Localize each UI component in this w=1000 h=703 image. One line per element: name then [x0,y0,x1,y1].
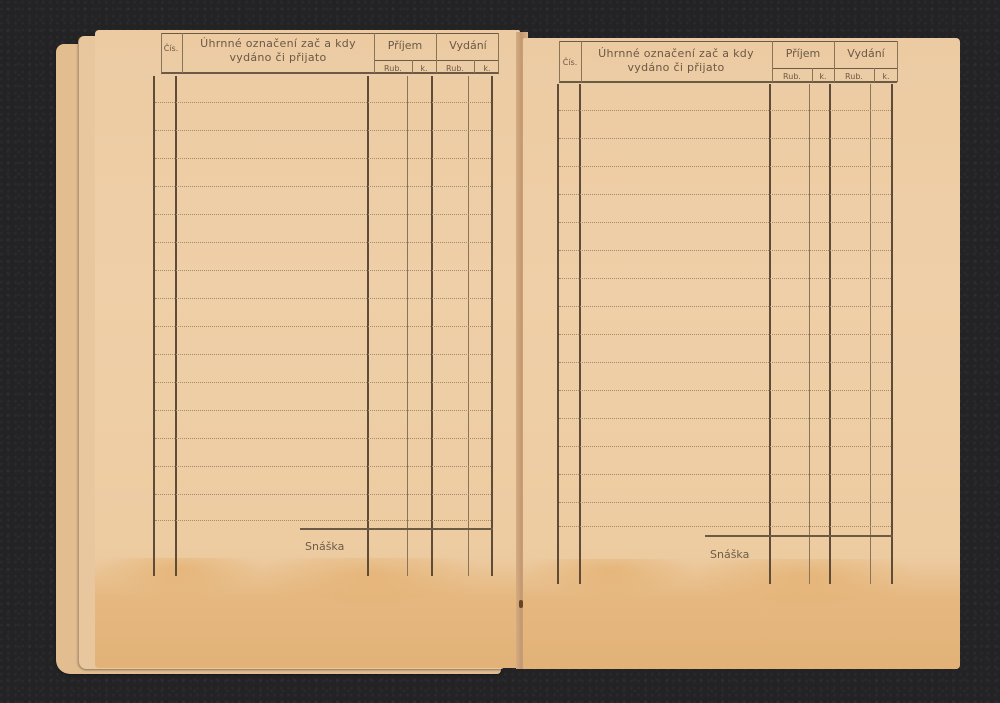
total-rule [300,528,493,530]
header-divider [182,33,183,73]
column-header-income-k: k. [413,62,435,75]
column-header-expense-rub: Rub. [437,62,473,75]
column-header-income-k: k. [813,70,833,83]
total-rule [705,535,893,537]
ledger-table-left: Čís. Úhrnné označení zač a kdy vydáno či… [95,30,520,668]
header-divider [897,41,898,82]
column-header-expense-k: k. [475,62,499,75]
header-divider [474,60,475,73]
column-header-expense: Vydání [437,39,499,52]
column-header-description-line2: vydáno či přijato [581,61,771,74]
column-header-income: Příjem [773,47,833,60]
column-header-income: Příjem [375,39,435,52]
column-header-expense: Vydání [835,47,897,60]
header-divider [161,33,162,73]
column-header-expense-k: k. [875,70,897,83]
header-divider [559,41,560,82]
header-divider [436,33,437,73]
header-divider [374,33,375,73]
carry-forward-label: Snáška [305,540,344,553]
header-divider [772,41,773,82]
header-divider [498,33,499,73]
column-header-description-line1: Úhrnné označení zač a kdy [183,37,373,50]
column-header-description-line2: vydáno či přijato [183,51,373,64]
subheader-rule [773,68,897,69]
subheader-rule [375,60,499,61]
column-header-income-rub: Rub. [375,62,411,75]
carry-forward-label: Snáška [710,548,749,561]
ledger-table-right: Čís. Úhrnné označení zač a kdy vydáno či… [523,38,960,669]
column-header-expense-rub: Rub. [835,70,873,83]
header-top-rule [559,41,897,42]
right-page: Čís. Úhrnné označení zač a kdy vydáno či… [523,38,960,669]
column-header-description-line1: Úhrnné označení zač a kdy [581,47,771,60]
header-divider [812,68,813,82]
column-header-number: Čís. [559,56,581,69]
header-divider [834,41,835,82]
header-divider [581,41,582,82]
header-divider [874,68,875,82]
header-divider [412,60,413,73]
column-rule-right-edge [491,76,493,576]
column-header-number: Čís. [161,42,181,55]
column-header-income-rub: Rub. [773,70,811,83]
left-page: Čís. Úhrnné označení zač a kdy vydáno či… [95,30,520,668]
header-top-rule [161,33,499,34]
column-rule-right-edge [891,84,893,584]
